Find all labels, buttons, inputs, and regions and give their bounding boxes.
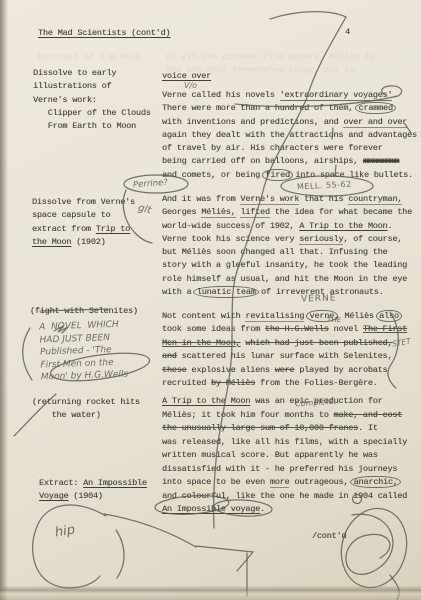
page-edge-bottom	[0, 586, 421, 600]
vo-paragraph-4: A Trip to the Moon was an epic productio…	[162, 395, 407, 517]
handwritten-mell-ref: MELL. 55-62	[297, 180, 352, 192]
handwritten-glt: glt	[137, 203, 152, 217]
direction-dissolve-capsule: Dissolve from Verne'sspace capsule toext…	[32, 196, 135, 249]
pen-mark-scribble-c	[33, 505, 106, 588]
handwritten-the-correction: THE	[327, 316, 341, 324]
pen-mark-note-bracket	[23, 328, 32, 380]
vo-paragraph-2: And it was from Verne's work that his co…	[162, 193, 412, 299]
handwritten-query: Perrine?	[133, 178, 168, 190]
handwritten-verne-correction: VERNE	[301, 293, 337, 304]
direction-dissolve-early: Dissolve to earlyillustrations ofVerne's…	[33, 67, 151, 133]
page-number: 4	[345, 26, 350, 39]
continued-marker: /cont'd	[312, 530, 346, 543]
manuscript-page: Portrait of R.W.Paul Of all the pioneer …	[0, 0, 421, 600]
pen-mark-seven-bar	[270, 12, 346, 19]
ghost-text-1: Of all the pioneer film-makers, Méliès i…	[166, 52, 375, 62]
direction-returning-rocket: (returning rocket hits the water)	[32, 396, 140, 423]
handwritten-scribble-word: hip	[54, 523, 76, 541]
page-title: The Mad Scientists (cont'd)	[38, 27, 170, 40]
handwritten-margin-note: A NOVEL WHICHHAD JUST BEENPublished - 'T…	[39, 318, 128, 384]
direction-fight-selenites: (fight with Selenites)	[30, 305, 138, 318]
pen-mark-arrow	[196, 546, 253, 571]
direction-extract-voyage: Extract: An ImpossibleVoyage (1904)	[39, 477, 147, 504]
ghost-text-left: Portrait of R.W.Paul	[38, 52, 140, 62]
page-edge-left	[0, 0, 8, 600]
vo-paragraph-1: Verne called his novels 'extraordinary v…	[162, 89, 417, 182]
pen-mark-ball-swirl	[346, 514, 393, 574]
pen-mark-scribble-paren	[116, 530, 124, 578]
pen-mark-scribble-connector	[104, 514, 196, 547]
vo-paragraph-3: Not content with revitalising verne, Mél…	[162, 310, 407, 390]
handwritten-stet: STET	[391, 336, 411, 348]
